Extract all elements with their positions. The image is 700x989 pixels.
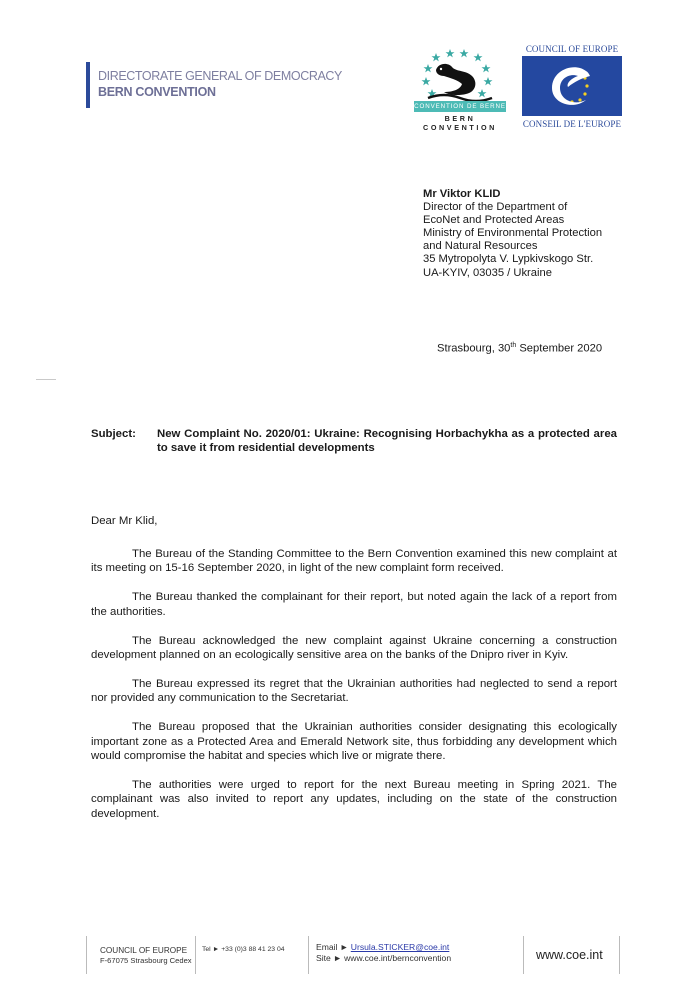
- fold-mark: [36, 379, 56, 380]
- salutation: Dear Mr Klid,: [91, 515, 157, 527]
- subject-label: Subject:: [91, 428, 136, 442]
- letter-date: Strasbourg, 30th September 2020: [437, 342, 602, 355]
- subject-text: New Complaint No. 2020/01: Ukraine: Reco…: [157, 428, 617, 455]
- date-rest: September 2020: [516, 343, 602, 355]
- council-of-europe-logo: COUNCIL OF EUROPE CONSEIL DE L'EUROPE: [520, 44, 624, 128]
- footer-address: COUNCIL OF EUROPE F-67075 Strasbourg Ced…: [100, 946, 192, 965]
- footer-postal: F-67075 Strasbourg Cedex: [100, 956, 192, 966]
- bern-logo-banner: CONVENTION DE BERNE: [414, 101, 506, 112]
- body-paragraph: The Bureau proposed that the Ukrainian a…: [91, 720, 617, 763]
- date-place: Strasbourg, 30: [437, 343, 510, 355]
- directorate-heading: DIRECTORATE GENERAL OF DEMOCRACY BERN CO…: [86, 62, 342, 108]
- addressee-name: Mr Viktor KLID: [423, 188, 602, 201]
- addressee-line: Ministry of Environmental Protection: [423, 227, 602, 240]
- footer-tel: Tel ► +33 (0)3 88 41 23 04: [202, 946, 285, 953]
- site-label: Site ►: [316, 953, 344, 963]
- tel-number: +33 (0)3 88 41 23 04: [221, 946, 284, 953]
- bern-logo-caption: BERN CONVENTION: [412, 114, 508, 132]
- footer-divider: [619, 936, 620, 974]
- subject-line: Subject: New Complaint No. 2020/01: Ukra…: [91, 428, 617, 455]
- coe-logo-top-text: COUNCIL OF EUROPE: [520, 44, 624, 54]
- footer-website: www.coe.int: [536, 948, 603, 962]
- body-paragraph: The Bureau expressed its regret that the…: [91, 677, 617, 706]
- otter-with-stars-icon: [414, 48, 506, 102]
- addressee-line: 35 Mytropolyta V. Lypkivskogo Str.: [423, 253, 602, 266]
- addressee-line: and Natural Resources: [423, 240, 602, 253]
- council-of-europe-flag-icon: [522, 56, 622, 116]
- email-link[interactable]: Ursula.STICKER@coe.int: [351, 942, 450, 952]
- coe-logo-bottom-text: CONSEIL DE L'EUROPE: [520, 119, 624, 129]
- footer-divider: [523, 936, 524, 974]
- body-paragraph: The Bureau thanked the complainant for t…: [91, 590, 617, 619]
- site-url: www.coe.int/bernconvention: [344, 953, 451, 963]
- addressee-line: Director of the Department of: [423, 201, 602, 214]
- addressee-block: Mr Viktor KLID Director of the Departmen…: [423, 188, 602, 280]
- letter-body: The Bureau of the Standing Committee to …: [91, 547, 617, 836]
- body-paragraph: The Bureau of the Standing Committee to …: [91, 547, 617, 576]
- body-paragraph: The authorities were urged to report for…: [91, 778, 617, 821]
- tel-label: Tel ►: [202, 946, 221, 953]
- footer-divider: [308, 936, 309, 974]
- addressee-line: UA-KYIV, 03035 / Ukraine: [423, 267, 602, 280]
- body-paragraph: The Bureau acknowledged the new complain…: [91, 634, 617, 663]
- letter-footer: COUNCIL OF EUROPE F-67075 Strasbourg Ced…: [86, 936, 636, 976]
- email-label: Email ►: [316, 942, 351, 952]
- footer-contact: Email ► Ursula.STICKER@coe.int Site ► ww…: [316, 942, 451, 964]
- footer-divider: [86, 936, 87, 974]
- footer-org: COUNCIL OF EUROPE: [100, 946, 192, 956]
- convention-name: BERN CONVENTION: [98, 84, 342, 100]
- addressee-line: EcoNet and Protected Areas: [423, 214, 602, 227]
- directorate-name: DIRECTORATE GENERAL OF DEMOCRACY: [98, 68, 342, 84]
- bern-convention-logo: CONVENTION DE BERNE BERN CONVENTION: [414, 48, 506, 128]
- footer-divider: [195, 936, 196, 974]
